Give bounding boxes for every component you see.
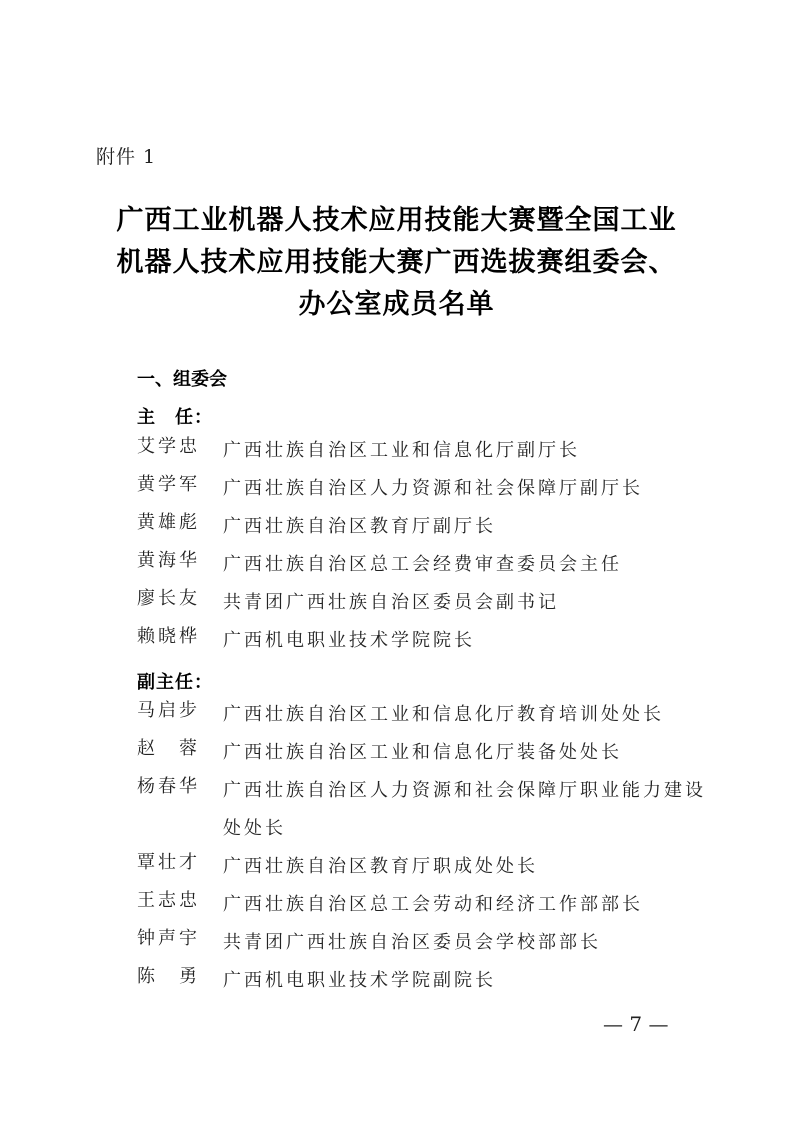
- member-name: 马启步: [137, 696, 223, 734]
- member-position: 广西壮族自治区工业和信息化厅装备处处长: [223, 734, 713, 772]
- member-name: 陈 勇: [137, 962, 223, 1000]
- role-heading-director: 主 任：: [137, 403, 213, 429]
- member-name: 黄雄彪: [137, 508, 223, 546]
- member-name: 钟声宇: [137, 924, 223, 962]
- title-line-2: 机器人技术应用技能大赛广西选拔赛组委会、: [0, 242, 793, 284]
- member-position: 广西壮族自治区人力资源和社会保障厅副厅长: [223, 470, 713, 508]
- member-position: 广西壮族自治区总工会经费审查委员会主任: [223, 546, 713, 584]
- member-position: 广西壮族自治区总工会劳动和经济工作部部长: [223, 886, 713, 924]
- member-row: 赖晓桦 广西机电职业技术学院院长: [137, 622, 713, 660]
- member-row: 黄雄彪 广西壮族自治区教育厅副厅长: [137, 508, 713, 546]
- member-position: 共青团广西壮族自治区委员会副书记: [223, 584, 713, 622]
- member-row: 钟声宇 共青团广西壮族自治区委员会学校部部长: [137, 924, 713, 962]
- member-row: 黄海华 广西壮族自治区总工会经费审查委员会主任: [137, 546, 713, 584]
- member-row: 艾学忠 广西壮族自治区工业和信息化厅副厅长: [137, 432, 713, 470]
- member-name: 黄学军: [137, 470, 223, 508]
- member-position: 广西机电职业技术学院院长: [223, 622, 713, 660]
- member-name: 杨春华: [137, 772, 223, 848]
- member-name: 艾学忠: [137, 432, 223, 470]
- member-name: 廖长友: [137, 584, 223, 622]
- member-row: 覃壮才 广西壮族自治区教育厅职成处处长: [137, 848, 713, 886]
- member-name: 覃壮才: [137, 848, 223, 886]
- member-position: 广西壮族自治区教育厅副厅长: [223, 508, 713, 546]
- member-row: 杨春华 广西壮族自治区人力资源和社会保障厅职业能力建设处处长: [137, 772, 713, 848]
- member-position: 广西壮族自治区教育厅职成处处长: [223, 848, 713, 886]
- document-page: 附件 1 广西工业机器人技术应用技能大赛暨全国工业 机器人技术应用技能大赛广西选…: [0, 0, 793, 1122]
- member-name: 王志忠: [137, 886, 223, 924]
- document-title: 广西工业机器人技术应用技能大赛暨全国工业 机器人技术应用技能大赛广西选拔赛组委会…: [0, 200, 793, 326]
- title-line-1: 广西工业机器人技术应用技能大赛暨全国工业: [0, 200, 793, 242]
- member-row: 赵 蓉 广西壮族自治区工业和信息化厅装备处处长: [137, 734, 713, 772]
- member-row: 陈 勇 广西机电职业技术学院副院长: [137, 962, 713, 1000]
- member-position: 广西壮族自治区工业和信息化厅教育培训处处长: [223, 696, 713, 734]
- member-row: 廖长友 共青团广西壮族自治区委员会副书记: [137, 584, 713, 622]
- member-row: 黄学军 广西壮族自治区人力资源和社会保障厅副厅长: [137, 470, 713, 508]
- member-position: 共青团广西壮族自治区委员会学校部部长: [223, 924, 713, 962]
- section-heading: 一、组委会: [137, 365, 227, 391]
- member-name: 赖晓桦: [137, 622, 223, 660]
- member-name: 黄海华: [137, 546, 223, 584]
- role-heading-deputy-director: 副主任：: [137, 668, 213, 694]
- member-name: 赵 蓉: [137, 734, 223, 772]
- page-number: — 7 —: [603, 1012, 668, 1036]
- attachment-label: 附件 1: [96, 142, 156, 169]
- title-line-3: 办公室成员名单: [0, 284, 793, 326]
- member-position: 广西机电职业技术学院副院长: [223, 962, 713, 1000]
- member-row: 马启步 广西壮族自治区工业和信息化厅教育培训处处长: [137, 696, 713, 734]
- member-row: 王志忠 广西壮族自治区总工会劳动和经济工作部部长: [137, 886, 713, 924]
- member-position: 广西壮族自治区人力资源和社会保障厅职业能力建设处处长: [223, 772, 713, 848]
- member-position: 广西壮族自治区工业和信息化厅副厅长: [223, 432, 713, 470]
